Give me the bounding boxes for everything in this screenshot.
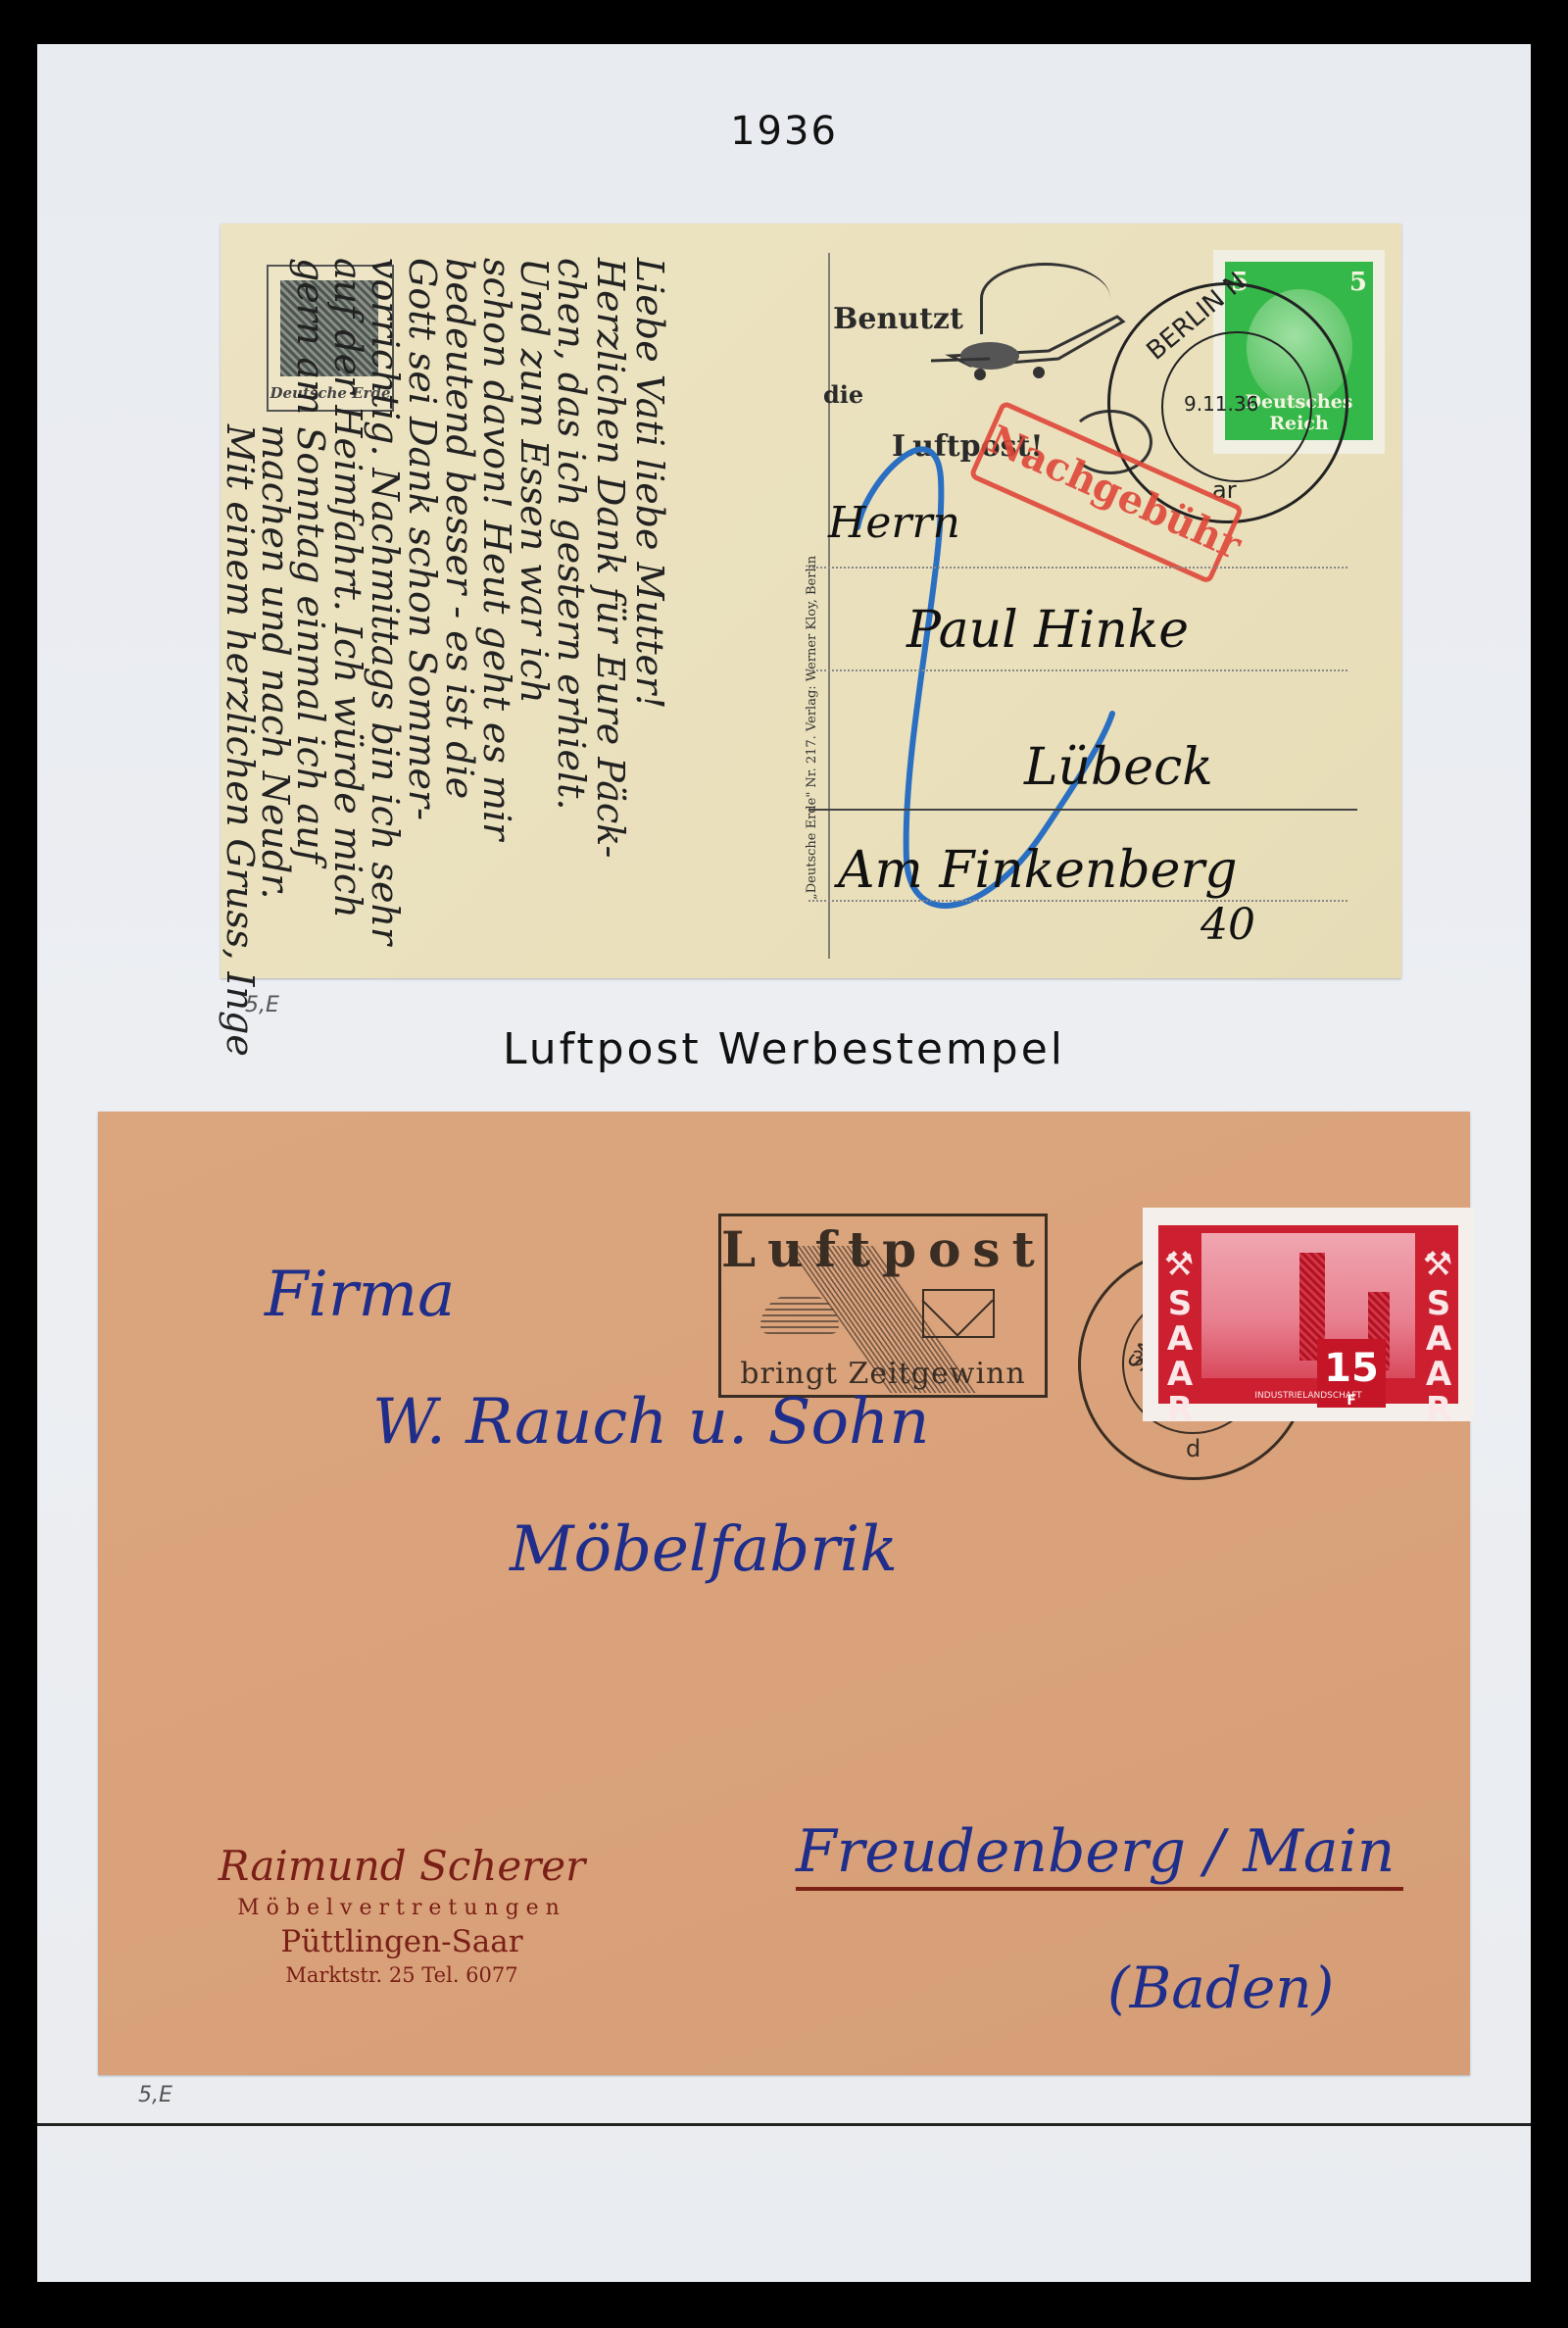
stamp-country-text: SAAR	[1419, 1284, 1458, 1425]
pencil-price-note: 5,E	[138, 2083, 172, 2107]
address-line-company: W. Rauch u. Sohn	[372, 1386, 929, 1459]
message-line: schon davon! Heut geht es mir	[475, 258, 518, 840]
luftpost-slogan-cancel-box: Luftpost bringt Zeitgewinn	[718, 1214, 1048, 1398]
address-city: Lübeck	[1024, 738, 1213, 797]
message-line: Mit einem herzlichen Gruss, Inge	[219, 424, 262, 1057]
message-line: Liebe Vati liebe Mutter!	[628, 258, 671, 709]
address-line-3	[808, 809, 1357, 811]
address-line-4	[808, 900, 1347, 902]
pencil-price-note: 5,E	[245, 993, 279, 1017]
printed-address-rule	[796, 1887, 1403, 1891]
album-page: 1936 Deutsche Erde Liebe Vati liebe Mutt…	[37, 44, 1531, 2282]
message-line: chen, das ich gestern erhielt.	[550, 258, 593, 811]
address-name: Paul Hinke	[906, 601, 1189, 660]
postcard: Deutsche Erde Liebe Vati liebe Mutter! H…	[220, 223, 1401, 978]
postmark-date: 9.11.36	[1184, 392, 1258, 416]
postmark-code: d	[1186, 1435, 1200, 1462]
address-region: (Baden)	[1107, 1955, 1334, 2021]
stamp-country-text: SAAR	[1160, 1284, 1200, 1425]
address-line-2	[808, 669, 1347, 671]
address-line-factory: Möbelfabrik	[510, 1513, 898, 1586]
message-line: vorrichtig. Nachmittags bin ich sehr	[364, 258, 407, 945]
message-line: Herzlichen Dank für Eure Päck-	[589, 258, 632, 858]
year-heading: 1936	[37, 109, 1531, 154]
section-title: Luftpost Werbestempel	[37, 1024, 1531, 1074]
sender-trade: Möbelvertretungen	[206, 1896, 598, 1920]
address-salutation: Herrn	[828, 498, 960, 548]
message-line: bedeutend besser - es ist die	[438, 258, 481, 799]
stamp-value-number: 15	[1324, 1346, 1379, 1391]
cover-envelope: Luftpost bringt Zeitgewinn SAARBRÜCKEN 3…	[98, 1112, 1470, 2075]
address-street: Am Finkenberg	[838, 841, 1238, 900]
address-city: Freudenberg / Main	[796, 1817, 1395, 1886]
slogan-word-2: die	[823, 380, 863, 409]
message-line: Und zum Essen war ich	[513, 258, 556, 704]
sender-imprint: Raimund Scherer Möbelvertretungen Püttli…	[206, 1842, 598, 1987]
sender-city: Püttlingen-Saar	[206, 1924, 598, 1959]
message-line: Gott sei Dank schon Sommer-	[401, 258, 444, 820]
envelope-icon	[922, 1289, 995, 1338]
stamp-value-right: 5	[1349, 268, 1367, 297]
message-line: auf der Heimfahrt. Ich würde mich	[326, 258, 369, 918]
page-rule	[37, 2123, 1531, 2126]
address-line-firma: Firma	[265, 1259, 455, 1331]
address-house-number: 40	[1200, 900, 1255, 950]
sender-street: Marktstr. 25 Tel. 6077	[206, 1963, 598, 1987]
airplane-icon	[931, 312, 1127, 380]
sender-name: Raimund Scherer	[206, 1842, 598, 1890]
handwritten-message: Liebe Vati liebe Mutter! Herzlichen Dank…	[240, 258, 799, 964]
stamp-caption: INDUSTRIELANDSCHAFT	[1158, 1391, 1458, 1401]
slogan-top: Luftpost	[721, 1220, 1045, 1278]
saar-stamp: 15F ⚒SAAR ⚒SAAR INDUSTRIELANDSCHAFT	[1143, 1208, 1474, 1421]
industrial-landscape: 15F	[1201, 1233, 1415, 1378]
address-line-1	[808, 567, 1347, 569]
